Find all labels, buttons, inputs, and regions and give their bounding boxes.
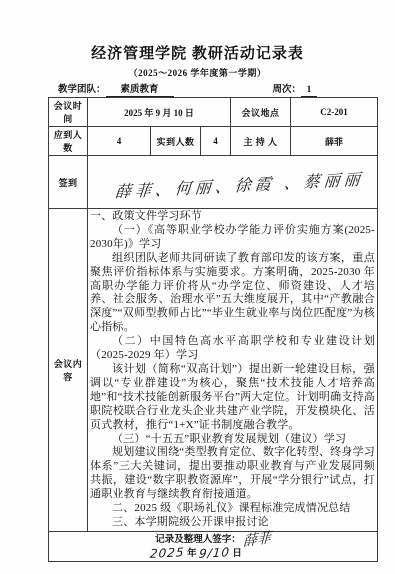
table-row-meeting-content: 会议内容 一、政策文件学习环节 （一）《高等职业学校办学能力评价实施方案(202… bbox=[49, 209, 378, 532]
content-line: （二）中国特色高水平高职学校和专业建设计划（2025-2029 年）学习 bbox=[90, 335, 375, 363]
week-value: 1 bbox=[301, 85, 317, 97]
content-line: 一、政策文件学习环节 bbox=[90, 210, 375, 224]
handwritten-year: 2025 bbox=[150, 546, 186, 560]
meeting-time-value: 2025 年 9 月 10 日 bbox=[88, 98, 231, 127]
recorder-handwritten-signature: 薛菲 bbox=[243, 533, 271, 548]
recorder-sign-label: 记录及整理人签字： bbox=[155, 535, 241, 545]
content-line: 组织团队老师共同研读了教育部印发的该方案，重点聚焦评价指标体系与实施要求。方案明… bbox=[90, 252, 375, 335]
recorder-date-line: 2025 年 9/10 日 bbox=[51, 546, 375, 560]
table-row-meeting-time: 会议时间 2025 年 9 月 10 日 会议地点 C2-201 bbox=[49, 98, 378, 127]
handwritten-month-day: 9/10 bbox=[198, 546, 230, 560]
meeting-time-label: 会议时间 bbox=[49, 98, 88, 127]
table-row-recorder: 记录及整理人签字：薛菲 2025 年 9/10 日 bbox=[49, 531, 378, 561]
day-suffix: 日 bbox=[232, 549, 242, 559]
content-line: （三）“十五五”职业教育发展规划（建议）学习 bbox=[90, 433, 375, 447]
expected-count-value: 4 bbox=[88, 127, 151, 156]
handwritten-signatures: 薛菲、何丽、徐霞 、蔡丽丽 bbox=[114, 166, 365, 202]
meeting-place-value: C2-201 bbox=[291, 98, 378, 127]
table-row-sign-in: 签到 薛菲、何丽、徐霞 、蔡丽丽 bbox=[49, 156, 378, 209]
content-line: 该计划（简称“双高计划”）提出新一轮建设目标，强调以“专业群建设”为核心，聚焦“… bbox=[90, 363, 375, 433]
content-line: 三、本学期院级公开课申报讨论 bbox=[90, 516, 375, 530]
year-suffix: 年 bbox=[187, 549, 197, 559]
sign-in-cell: 薛菲、何丽、徐霞 、蔡丽丽 bbox=[88, 156, 378, 209]
week-label: 周次： bbox=[272, 85, 301, 95]
meeting-content-label: 会议内容 bbox=[49, 209, 88, 532]
teaching-team-label: 教学团队： bbox=[58, 85, 106, 95]
table-row-attendance: 应到人数 4 实到人数 4 主 持 人 薛菲 bbox=[49, 127, 378, 156]
expected-count-label: 应到人数 bbox=[49, 127, 88, 156]
content-line: 规划建议围绕“类型教育定位、数字化转型、终身学习体系”三大关键词，提出要推动职业… bbox=[90, 446, 375, 502]
meeting-place-label: 会议地点 bbox=[231, 98, 291, 127]
record-table: 会议时间 2025 年 9 月 10 日 会议地点 C2-201 应到人数 4 … bbox=[48, 97, 378, 562]
sign-in-label: 签到 bbox=[49, 156, 88, 209]
content-line: 二、2025 级《职场礼仪》课程标准完成情况总结 bbox=[90, 502, 375, 516]
week-field: 周次：1 bbox=[272, 81, 317, 97]
recorder-sign-line: 记录及整理人签字：薛菲 bbox=[51, 533, 375, 546]
actual-count-value: 4 bbox=[201, 127, 231, 156]
page-title: 经济管理学院 教研活动记录表 bbox=[0, 0, 395, 63]
teaching-team-field: 教学团队：素质教育 bbox=[58, 81, 174, 97]
content-line: （一）《高等职业学校办学能力评价实施方案(2025-2030年)》学习 bbox=[90, 224, 375, 252]
teaching-team-value: 素质教育 bbox=[106, 81, 174, 97]
document-page: 经济管理学院 教研活动记录表 （2025～2026 学年度第一学期） 教学团队：… bbox=[0, 0, 395, 574]
actual-count-label: 实到人数 bbox=[151, 127, 201, 156]
host-value: 薛菲 bbox=[291, 127, 378, 156]
recorder-cell: 记录及整理人签字：薛菲 2025 年 9/10 日 bbox=[49, 531, 378, 561]
host-label: 主 持 人 bbox=[231, 127, 291, 156]
meta-row: 教学团队：素质教育 周次：1 bbox=[0, 83, 395, 97]
page-subtitle: （2025～2026 学年度第一学期） bbox=[0, 66, 395, 79]
meeting-content-cell: 一、政策文件学习环节 （一）《高等职业学校办学能力评价实施方案(2025-203… bbox=[88, 209, 378, 532]
